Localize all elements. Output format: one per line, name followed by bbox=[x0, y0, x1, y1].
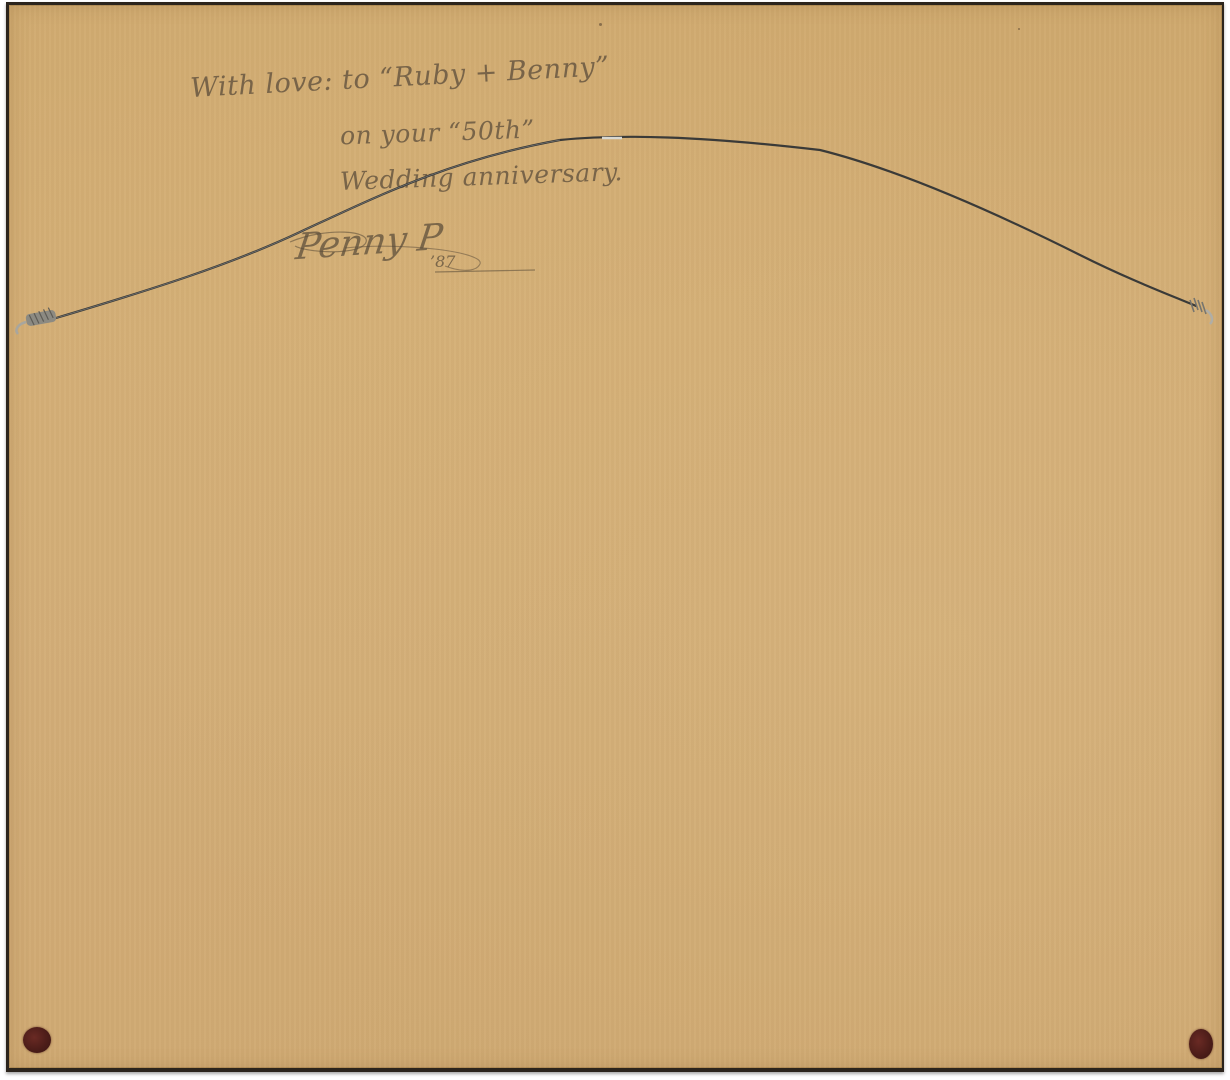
paper-speck bbox=[1018, 28, 1020, 30]
photo-scene: With love: to “Ruby + Benny” on your “50… bbox=[0, 0, 1230, 1080]
felt-bumper-left bbox=[23, 1027, 51, 1053]
felt-bumper-right bbox=[1189, 1029, 1213, 1059]
signature-year: ’87 bbox=[430, 252, 455, 271]
paper-speck bbox=[599, 23, 602, 26]
